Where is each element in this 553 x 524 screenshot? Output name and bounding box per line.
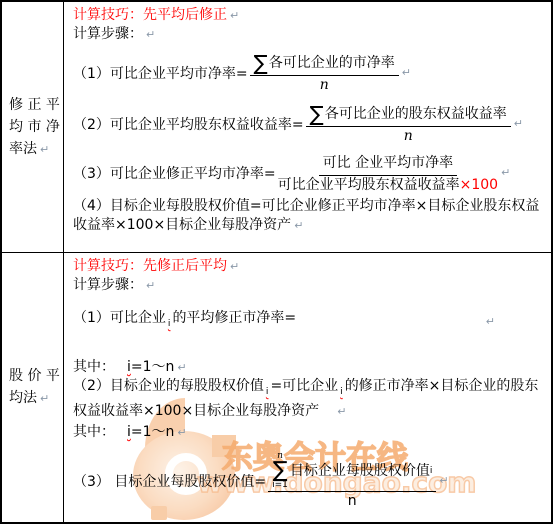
paragraph-mark: ↵ — [40, 392, 49, 405]
formula-2-label: （2）可比企业平均股东权益收益率= — [73, 114, 304, 134]
cell-modified-average-pb: 计算技巧：先平均后修正↵ 计算步骤：↵ （1）可比企业平均市净率= ∑各可比企业… — [64, 2, 551, 252]
header-line: 修 正 平 — [9, 94, 60, 116]
formula-3-numerator: 目标企业每股股权价值 — [290, 460, 430, 482]
paragraph-mark: ↵ — [294, 219, 303, 232]
steps-label: 计算步骤： — [73, 26, 143, 42]
sum-lower-limit: i=1 — [272, 481, 288, 490]
paragraph-mark: ↵ — [40, 143, 49, 156]
row-header-text: 股 价 平 均法↵ — [2, 365, 60, 410]
index-range: =1～n — [131, 359, 175, 375]
formula-3-numerator: 可比 企业平均市净率 — [323, 152, 453, 174]
table-row-modified-average-pb: 修 正 平 均 市 净 率法↵ 计算技巧：先平均后修正↵ 计算步骤：↵ （1）可… — [2, 2, 551, 253]
sigma-symbol: ∑ — [254, 53, 268, 73]
header-line: 均法↵ — [9, 387, 60, 410]
formula-2-fraction: ∑各可比企业的股东权益收益率 n — [306, 103, 511, 144]
header-line: 率法↵ — [9, 138, 60, 161]
steps-label: 计算步骤： — [73, 277, 143, 293]
row-header-text: 修 正 平 均 市 净 率法↵ — [2, 94, 60, 161]
formula-2-denominator: n — [404, 127, 413, 144]
tip-text: 计算技巧：先修正后平均 — [73, 258, 227, 274]
steps-label-line: 计算步骤：↵ — [73, 25, 547, 44]
formula-3-label: （3） 目标企业每股股权价值= — [73, 471, 266, 491]
step-1-line: （1）可比企业i的平均修正市净率= ↵ — [73, 309, 547, 334]
formula-3-fraction: n ∑ i=1 目标企业每股股权价值i n — [268, 452, 436, 509]
paragraph-mark: ↵ — [402, 66, 411, 79]
paragraph-mark: ↵ — [337, 405, 346, 418]
paragraph-mark: ↵ — [514, 117, 523, 130]
page: { "colors": { "accent_red": "#FF0000", "… — [0, 0, 553, 524]
sigma-symbol: ∑ — [273, 461, 288, 481]
row-header-price-average: 股 价 平 均法↵ — [2, 253, 64, 522]
formula-3-denominator-x100: ×100 — [460, 177, 498, 193]
where-line-2: 其中：i=1～n↵ — [73, 423, 547, 442]
where-label: 其中： — [73, 424, 115, 440]
formula-1-fraction: ∑各可比企业的市净率 n — [250, 52, 399, 93]
tip-line: 计算技巧：先平均后修正↵ — [73, 6, 547, 25]
where-label: 其中： — [73, 359, 115, 375]
cell-price-average: 计算技巧：先修正后平均↵ 计算步骤：↵ （1）可比企业i的平均修正市净率= ↵ … — [64, 253, 551, 522]
sigma-symbol: ∑ — [310, 104, 324, 124]
paragraph-mark: ↵ — [177, 426, 186, 439]
formula-3-denominator: n — [348, 492, 357, 509]
paragraph-mark: ↵ — [230, 9, 239, 22]
formula-2-numerator: 各可比企业的股东权益收益率 — [325, 103, 507, 125]
table-row-price-average: 股 价 平 均法↵ 计算技巧：先修正后平均↵ 计算步骤：↵ （1）可比企业i的平… — [2, 253, 551, 522]
formula-1-denominator: n — [320, 76, 329, 93]
paragraph-mark: ↵ — [501, 166, 510, 179]
formula-3-line: （3） 目标企业每股股权价值= n ∑ i=1 目标企业每股股权价值i n ↵ — [73, 452, 547, 509]
paragraph-mark: ↵ — [439, 474, 448, 487]
row-header-modified-average-pb: 修 正 平 均 市 净 率法↵ — [2, 2, 64, 252]
formula-1-label: （1）可比企业平均市净率= — [73, 63, 248, 83]
formula-3-line: （3）可比企业修正平均市净率= 可比 企业平均市净率 可比企业平均股东权益收益率… — [73, 152, 547, 193]
paragraph-mark: ↵ — [486, 312, 495, 331]
step-2-line: （2）目标企业的每股股权价值i=可比企业i的修正市净率×目标企业的股东权益收益率… — [73, 377, 547, 421]
formula-3-fraction: 可比 企业平均市净率 可比企业平均股东权益收益率×100 — [278, 152, 498, 193]
formula-1-numerator: 各可比企业的市净率 — [269, 52, 395, 74]
numerator-subscript-i: i — [430, 460, 433, 482]
subscript-i: i — [340, 387, 343, 397]
index-range: =1～n — [131, 424, 175, 440]
formula-3-denominator: 可比企业平均股东权益收益率 — [278, 177, 460, 193]
formula-3-label: （3）可比企业修正平均市净率= — [73, 163, 276, 183]
steps-label-line: 计算步骤：↵ — [73, 276, 547, 295]
formula-2-line: （2）可比企业平均股东权益收益率= ∑各可比企业的股东权益收益率 n ↵ — [73, 103, 547, 144]
paragraph-mark: ↵ — [146, 28, 155, 41]
step-4-text: （4）目标企业每股股权价值=可比企业修正平均市净率×目标企业股东权益收益率×10… — [73, 198, 539, 233]
where-line-1: 其中：i=1～n↵ — [73, 358, 547, 377]
paragraph-mark: ↵ — [146, 279, 155, 292]
step-4-line: （4）目标企业每股股权价值=可比企业修正平均市净率×目标企业股东权益收益率×10… — [73, 197, 547, 235]
header-line: 均 市 净 — [9, 116, 60, 138]
subscript-i: i — [168, 319, 171, 329]
subscript-i: i — [266, 387, 269, 397]
paragraph-mark: ↵ — [177, 361, 186, 374]
sum-with-limits: n ∑ i=1 — [272, 452, 288, 490]
formula-1-line: （1）可比企业平均市净率= ∑各可比企业的市净率 n ↵ — [73, 52, 547, 93]
header-line: 股 价 平 — [9, 365, 60, 387]
paragraph-mark: ↵ — [230, 260, 239, 273]
tip-text: 计算技巧：先平均后修正 — [73, 7, 227, 23]
tip-line: 计算技巧：先修正后平均↵ — [73, 257, 547, 276]
valuation-methods-table: 修 正 平 均 市 净 率法↵ 计算技巧：先平均后修正↵ 计算步骤：↵ （1）可… — [0, 0, 553, 524]
step-1-text: （1）可比企业i的平均修正市净率= — [73, 309, 296, 334]
